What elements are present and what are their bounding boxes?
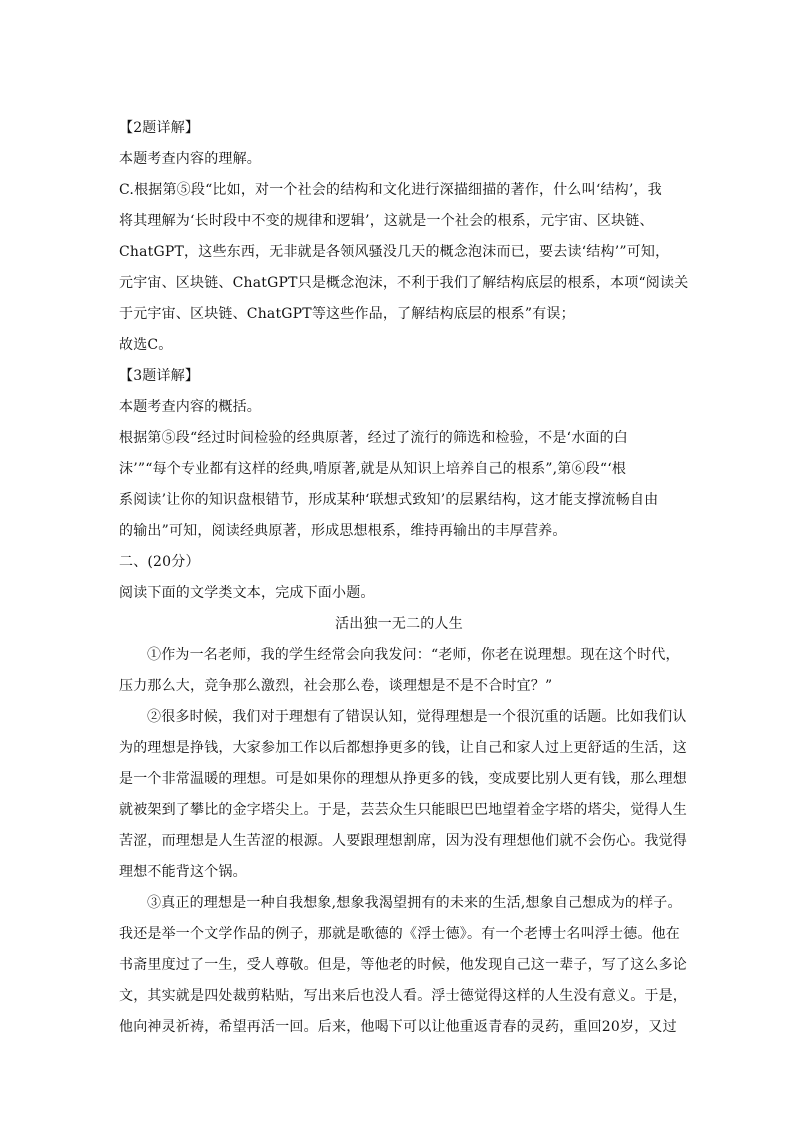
text-line: 根据第⑤段“经过时间检验的经典原著，经过了流行的筛选和检验，不是‘水面的白 xyxy=(119,423,679,454)
text-line: 理想不能背这个锅。 xyxy=(119,857,679,888)
article-paragraph-2: ②很多时候，我们对于理想有了错误认知，觉得理想是一个很沉重的话题。比如我们认 为… xyxy=(119,702,679,888)
q3-header: 【3题详解】 xyxy=(119,361,679,392)
text-line: ①作为一名老师，我的学生经常会向我发问：“老师，你老在说理想。现在这个时代， xyxy=(119,640,679,671)
reading-instruction: 阅读下面的文学类文本，完成下面小题。 xyxy=(119,578,679,609)
text-line: 于元宇宙、区块链、ChatGPT等这些作品，了解结构底层的根系”有误； xyxy=(119,299,679,330)
text-line: ③真正的理想是一种自我想象,想象我渴望拥有的未来的生活,想象自己想成为的样子。 xyxy=(119,888,679,919)
text-line: 是一个非常温暖的理想。可是如果你的理想从挣更多的钱，变成要比别人更有钱，那么理想 xyxy=(119,764,679,795)
text-line: 为的理想是挣钱，大家参加工作以后都想挣更多的钱，让自己和家人过上更舒适的生活，这 xyxy=(119,733,679,764)
text-line: 元宇宙、区块链、ChatGPT只是概念泡沫，不利于我们了解结构底层的根系，本项“… xyxy=(119,268,679,299)
q2-explanation: C.根据第⑤段“比如，对一个社会的结构和文化进行深描细描的著作，什么叫‘结构’，… xyxy=(119,175,679,330)
q2-answer: 故选C。 xyxy=(119,330,679,361)
text-line: 就被架到了攀比的金字塔尖上。于是，芸芸众生只能眼巴巴地望着金字塔的塔尖，觉得人生 xyxy=(119,795,679,826)
text-line: 我还是举一个文学作品的例子，那就是歌德的《浮士德》。有一个老博士名叫浮士德。他在 xyxy=(119,919,679,950)
text-line: ChatGPT，这些东西，无非就是各领风骚没几天的概念泡沫而已，要去读‘结构’”… xyxy=(119,237,679,268)
text-line: 系阅读’让你的知识盘根错节，形成某种‘联想式致知’的层累结构，这才能支撑流畅自由 xyxy=(119,485,679,516)
section-two-heading: 二、(20分） xyxy=(119,547,679,578)
text-line: 的输出”可知，阅读经典原著，形成思想根系，维持再输出的丰厚营养。 xyxy=(119,516,679,547)
text-line: 苦涩，而理想是人生苦涩的根源。人要跟理想割席，因为没有理想他们就不会伤心。我觉得 xyxy=(119,826,679,857)
text-line: 他向神灵祈祷，希望再活一回。后来，他喝下可以让他重返青春的灵药，重回20岁，又过 xyxy=(119,1012,679,1043)
q2-intro: 本题考查内容的理解。 xyxy=(119,144,679,175)
article-paragraph-1: ①作为一名老师，我的学生经常会向我发问：“老师，你老在说理想。现在这个时代， 压… xyxy=(119,640,679,702)
document-page: 【2题详解】 本题考查内容的理解。 C.根据第⑤段“比如，对一个社会的结构和文化… xyxy=(119,113,679,1043)
article-title: 活出独一无二的人生 xyxy=(119,609,679,640)
q2-header: 【2题详解】 xyxy=(119,113,679,144)
text-line: 将其理解为‘长时段中不变的规律和逻辑’，这就是一个社会的根系，元宇宙、区块链、 xyxy=(119,206,679,237)
q3-intro: 本题考查内容的概括。 xyxy=(119,392,679,423)
text-line: ②很多时候，我们对于理想有了错误认知，觉得理想是一个很沉重的话题。比如我们认 xyxy=(119,702,679,733)
text-line: 文，其实就是四处裁剪粘贴，写出来后也没人看。浮士德觉得这样的人生没有意义。于是， xyxy=(119,981,679,1012)
text-line: 压力那么大，竞争那么激烈，社会那么卷，谈理想是不是不合时宜？” xyxy=(119,671,679,702)
article-paragraph-3: ③真正的理想是一种自我想象,想象我渴望拥有的未来的生活,想象自己想成为的样子。 … xyxy=(119,888,679,1043)
q3-explanation: 根据第⑤段“经过时间检验的经典原著，经过了流行的筛选和检验，不是‘水面的白 沫’… xyxy=(119,423,679,547)
text-line: 书斋里度过了一生，受人尊敬。但是，等他老的时候，他发现自己这一辈子，写了这么多论 xyxy=(119,950,679,981)
text-line: C.根据第⑤段“比如，对一个社会的结构和文化进行深描细描的著作，什么叫‘结构’，… xyxy=(119,175,679,206)
text-line: 沫’”“每个专业都有这样的经典,啃原著,就是从知识上培养自己的根系”,第⑥段“‘… xyxy=(119,454,679,485)
